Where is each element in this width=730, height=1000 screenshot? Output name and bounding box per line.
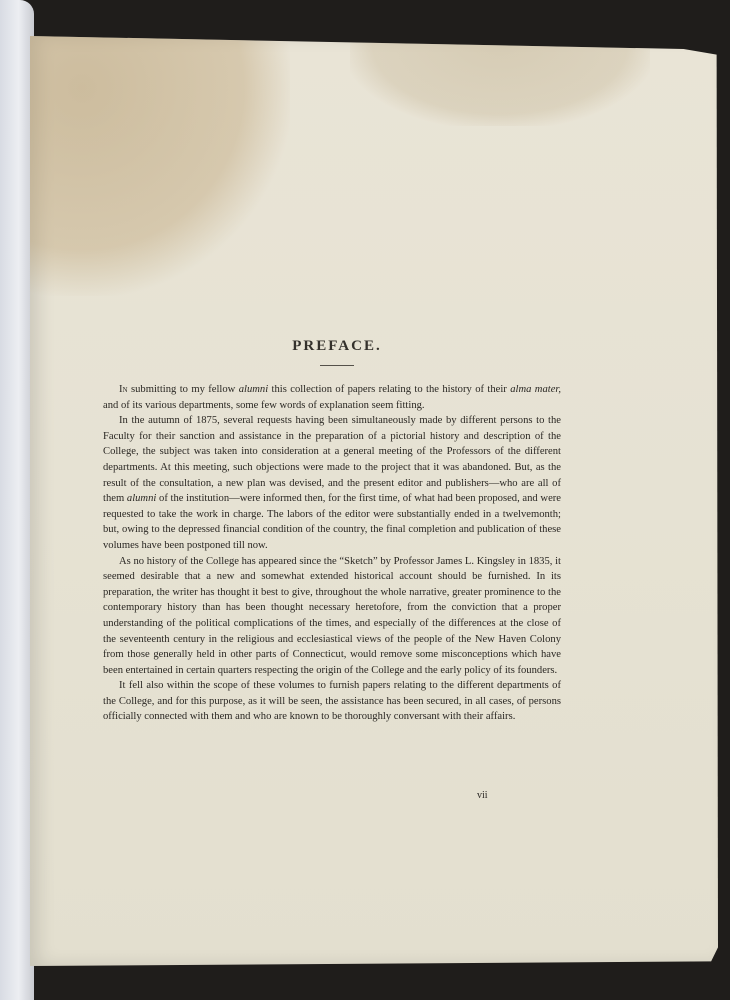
paragraph-4: It fell also within the scope of these v…	[103, 678, 561, 725]
text-span: and of its various departments, some few…	[103, 400, 425, 411]
text-span: submitting to my fellow	[128, 384, 239, 395]
page-title: PREFACE.	[103, 338, 561, 355]
title-rule	[320, 365, 354, 366]
paragraph-1: In submitting to my fellow alumni this c…	[103, 382, 561, 413]
paragraph-3: As no history of the College has appeare…	[103, 554, 561, 679]
drop-lead: In	[119, 384, 128, 395]
text-span: this collection of papers relating to th…	[268, 384, 510, 395]
page-number: vii	[477, 790, 488, 801]
text-span: In the autumn of 1875, several requests …	[103, 415, 561, 504]
italic-span: alma mater,	[510, 384, 561, 395]
text-span: It fell also within the scope of these v…	[103, 680, 561, 722]
text-span: As no history of the College has appeare…	[103, 556, 561, 676]
paragraph-2: In the autumn of 1875, several requests …	[103, 413, 561, 553]
water-stain-top	[350, 36, 650, 126]
text-span: of the institution—were informed then, f…	[103, 493, 561, 551]
italic-span: alumni	[127, 493, 156, 504]
water-stain-left	[30, 36, 290, 296]
preface-text-block: PREFACE. In submitting to my fellow alum…	[103, 338, 561, 725]
facing-page-edge	[0, 0, 34, 1000]
italic-span: alumni	[239, 384, 268, 395]
